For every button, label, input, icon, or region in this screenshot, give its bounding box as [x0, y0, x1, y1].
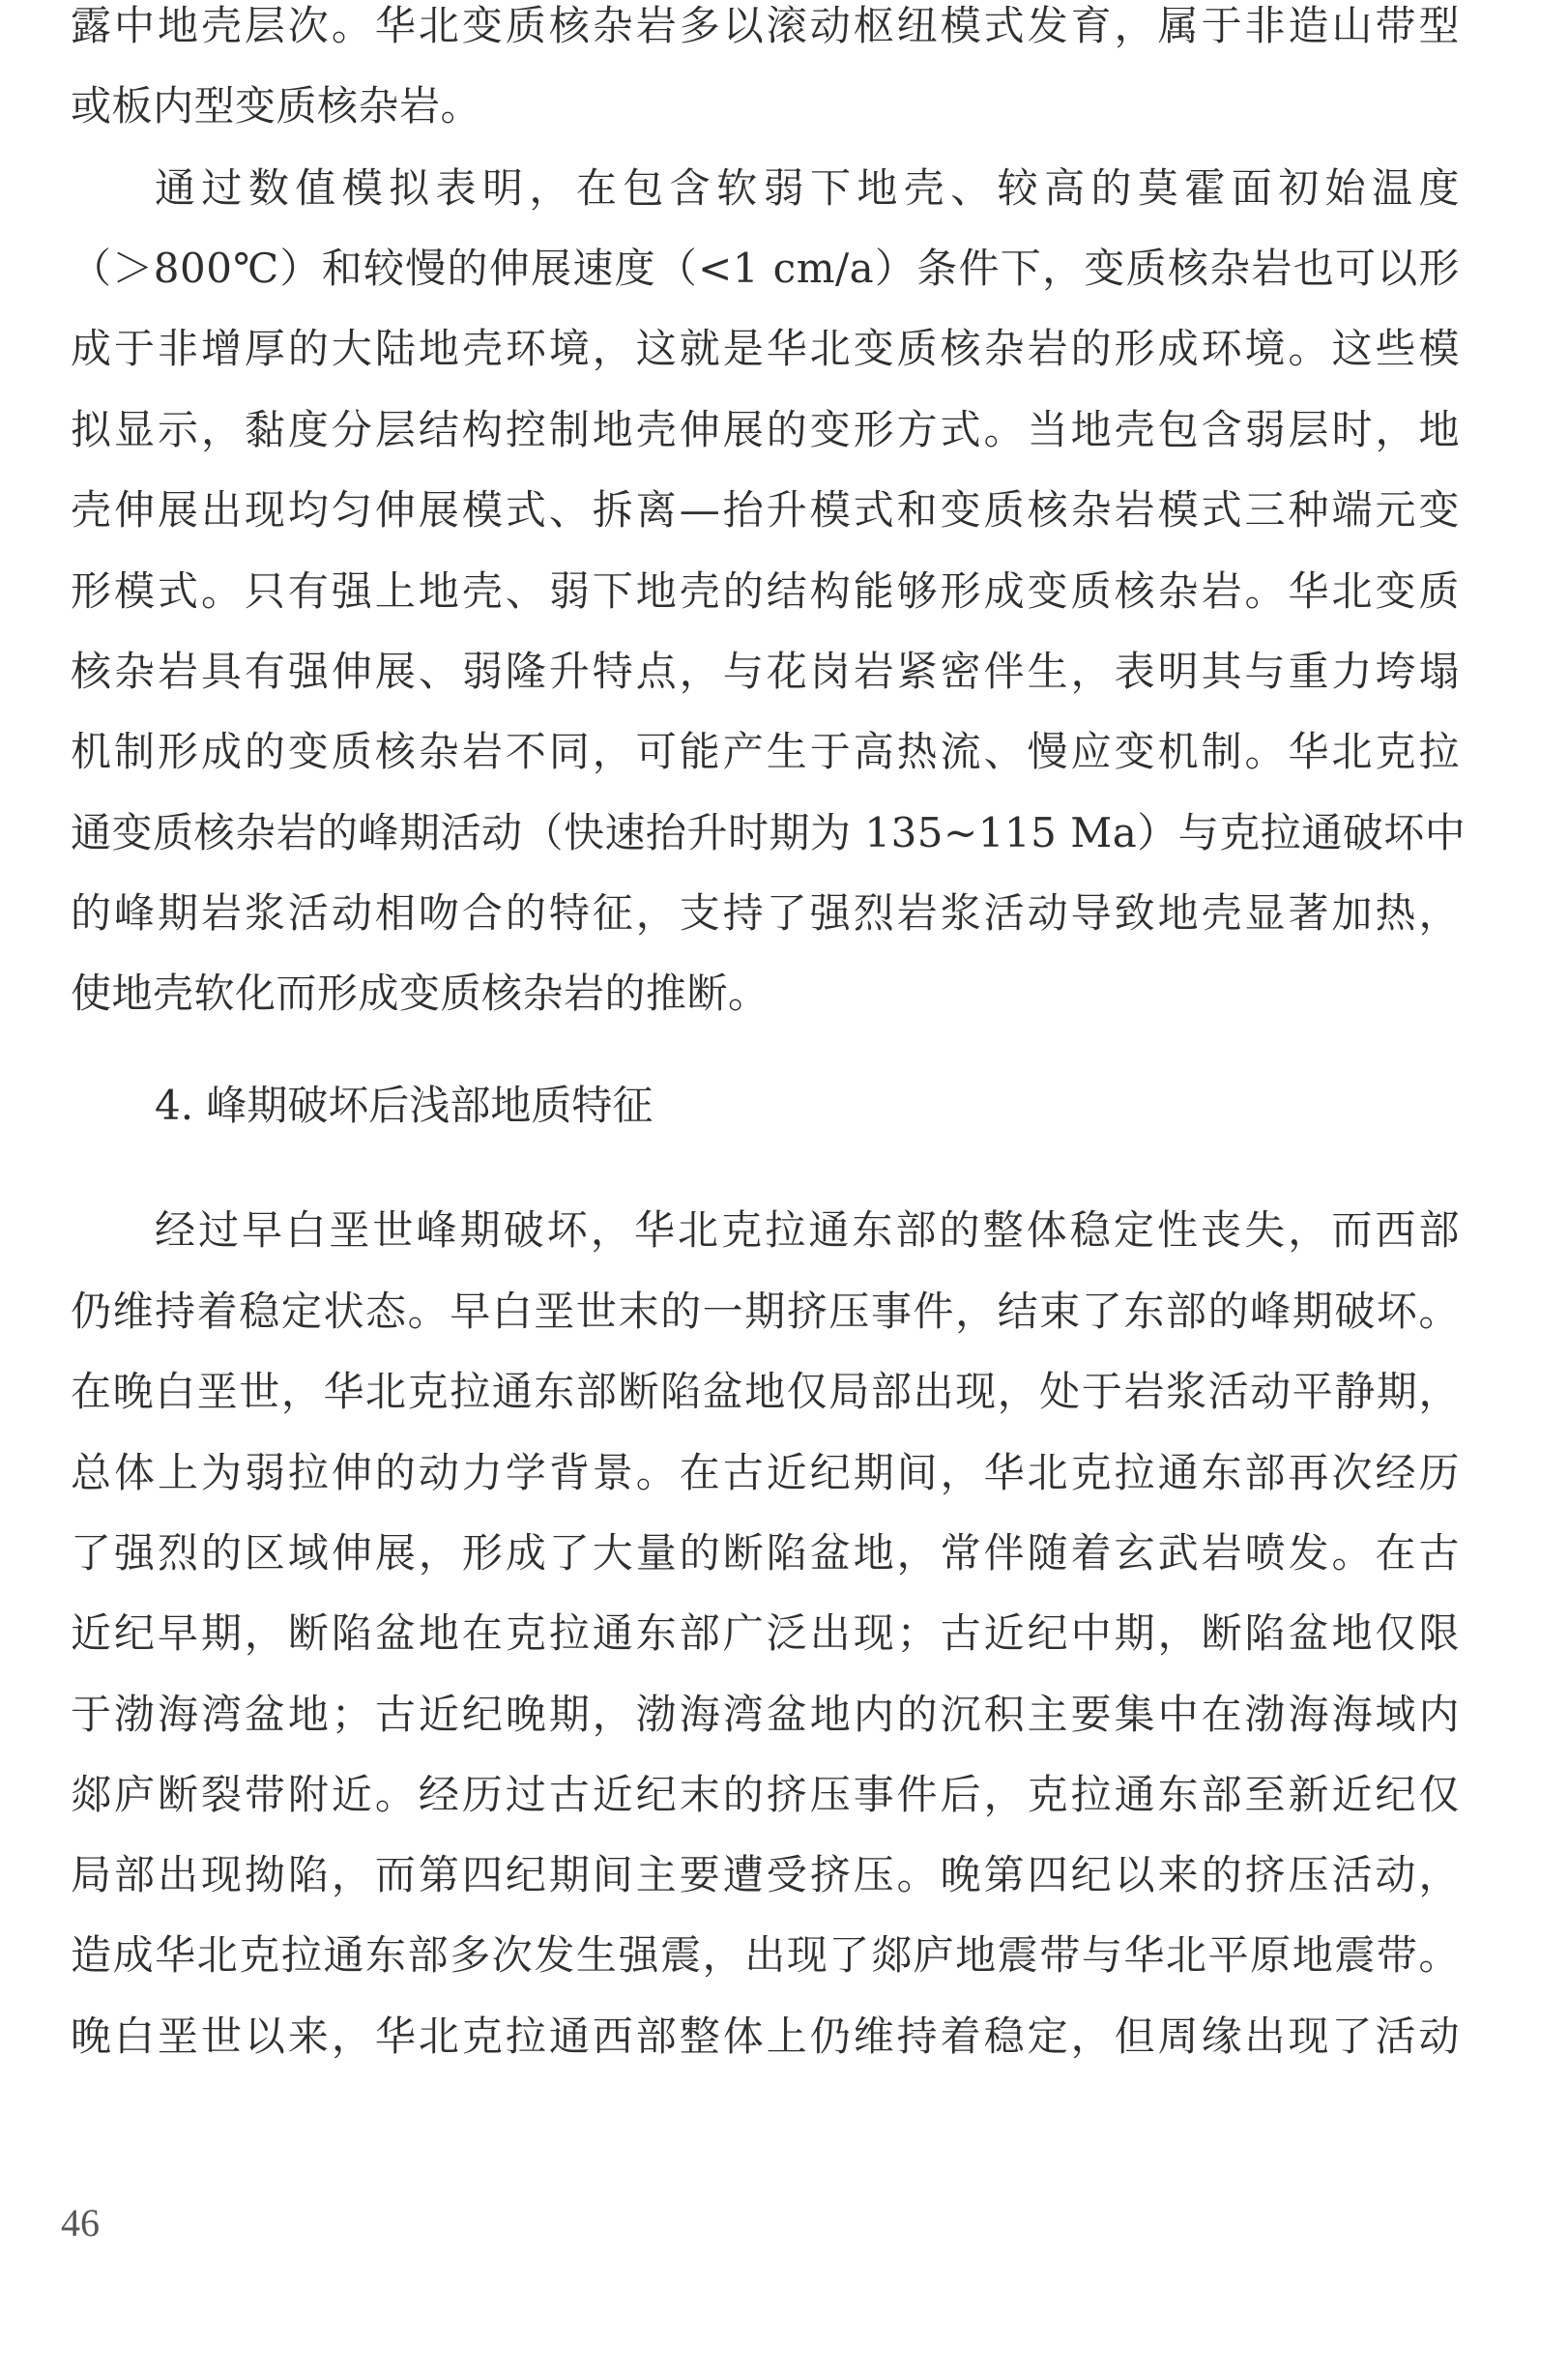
paragraph-line: 露中地壳层次。华北变质核杂岩多以滚动枢纽模式发育，属于非造山带型 [71, 0, 1460, 55]
paragraph-line: 经过早白垩世峰期破坏，华北克拉通东部的整体稳定性丧失，而西部 [155, 1201, 1460, 1259]
paragraph-line: 或板内型变质核杂岩。 [71, 77, 1460, 135]
paragraph-line: 造成华北克拉通东部多次发生强震，出现了郯庐地震带与华北平原地震带。 [71, 1926, 1460, 1984]
paragraph-line: （＞800℃）和较慢的伸展速度（<1 cm/a）条件下，变质核杂岩也可以形 [71, 240, 1460, 298]
paragraph-line: 总体上为弱拉伸的动力学背景。在古近纪期间，华北克拉通东部再次经历 [71, 1444, 1460, 1502]
paragraph-line: 晚白垩世以来，华北克拉通西部整体上仍维持着稳定，但周缘出现了活动 [71, 2008, 1460, 2066]
page-number: 46 [61, 2196, 100, 2250]
paragraph-line: 于渤海湾盆地；古近纪晚期，渤海湾盆地内的沉积主要集中在渤海海域内 [71, 1686, 1460, 1744]
paragraph-line: 通过数值模拟表明，在包含软弱下地壳、较高的莫霍面初始温度 [155, 159, 1460, 217]
paragraph-line: 成于非增厚的大陆地壳环境，这就是华北变质核杂岩的形成环境。这些模 [71, 320, 1460, 378]
paragraph-line: 郯庐断裂带附近。经历过古近纪末的挤压事件后，克拉通东部至新近纪仅 [71, 1766, 1460, 1824]
document-page: 露中地壳层次。华北变质核杂岩多以滚动枢纽模式发育，属于非造山带型 或板内型变质核… [0, 0, 1568, 2374]
paragraph-line: 使地壳软化而形成变质核杂岩的推断。 [71, 965, 1460, 1023]
paragraph-line: 了强烈的区域伸展，形成了大量的断陷盆地，常伴随着玄武岩喷发。在古 [71, 1524, 1460, 1582]
paragraph-line: 在晚白垩世，华北克拉通东部断陷盆地仅局部出现，处于岩浆活动平静期， [71, 1363, 1460, 1421]
paragraph-line: 形模式。只有强上地壳、弱下地壳的结构能够形成变质核杂岩。华北变质 [71, 563, 1460, 621]
paragraph-line: 拟显示，黏度分层结构控制地壳伸展的变形方式。当地壳包含弱层时，地 [71, 401, 1460, 459]
section-heading: 4. 峰期破坏后浅部地质特征 [155, 1077, 653, 1135]
paragraph-line: 机制形成的变质核杂岩不同，可能产生于高热流、慢应变机制。华北克拉 [71, 723, 1460, 781]
paragraph-line: 壳伸展出现均匀伸展模式、拆离—抬升模式和变质核杂岩模式三种端元变 [71, 481, 1460, 539]
paragraph-line: 的峰期岩浆活动相吻合的特征，支持了强烈岩浆活动导致地壳显著加热， [71, 884, 1460, 942]
paragraph-line: 核杂岩具有强伸展、弱隆升特点，与花岗岩紧密伴生，表明其与重力垮塌 [71, 643, 1460, 701]
paragraph-line: 局部出现拗陷，而第四纪期间主要遭受挤压。晚第四纪以来的挤压活动， [71, 1846, 1460, 1904]
paragraph-line: 近纪早期，断陷盆地在克拉通东部广泛出现；古近纪中期，断陷盆地仅限 [71, 1605, 1460, 1663]
paragraph-line: 仍维持着稳定状态。早白垩世末的一期挤压事件，结束了东部的峰期破坏。 [71, 1283, 1460, 1341]
paragraph-line: 通变质核杂岩的峰期活动（快速抬升时期为 135~115 Ma）与克拉通破坏中 [71, 804, 1460, 862]
